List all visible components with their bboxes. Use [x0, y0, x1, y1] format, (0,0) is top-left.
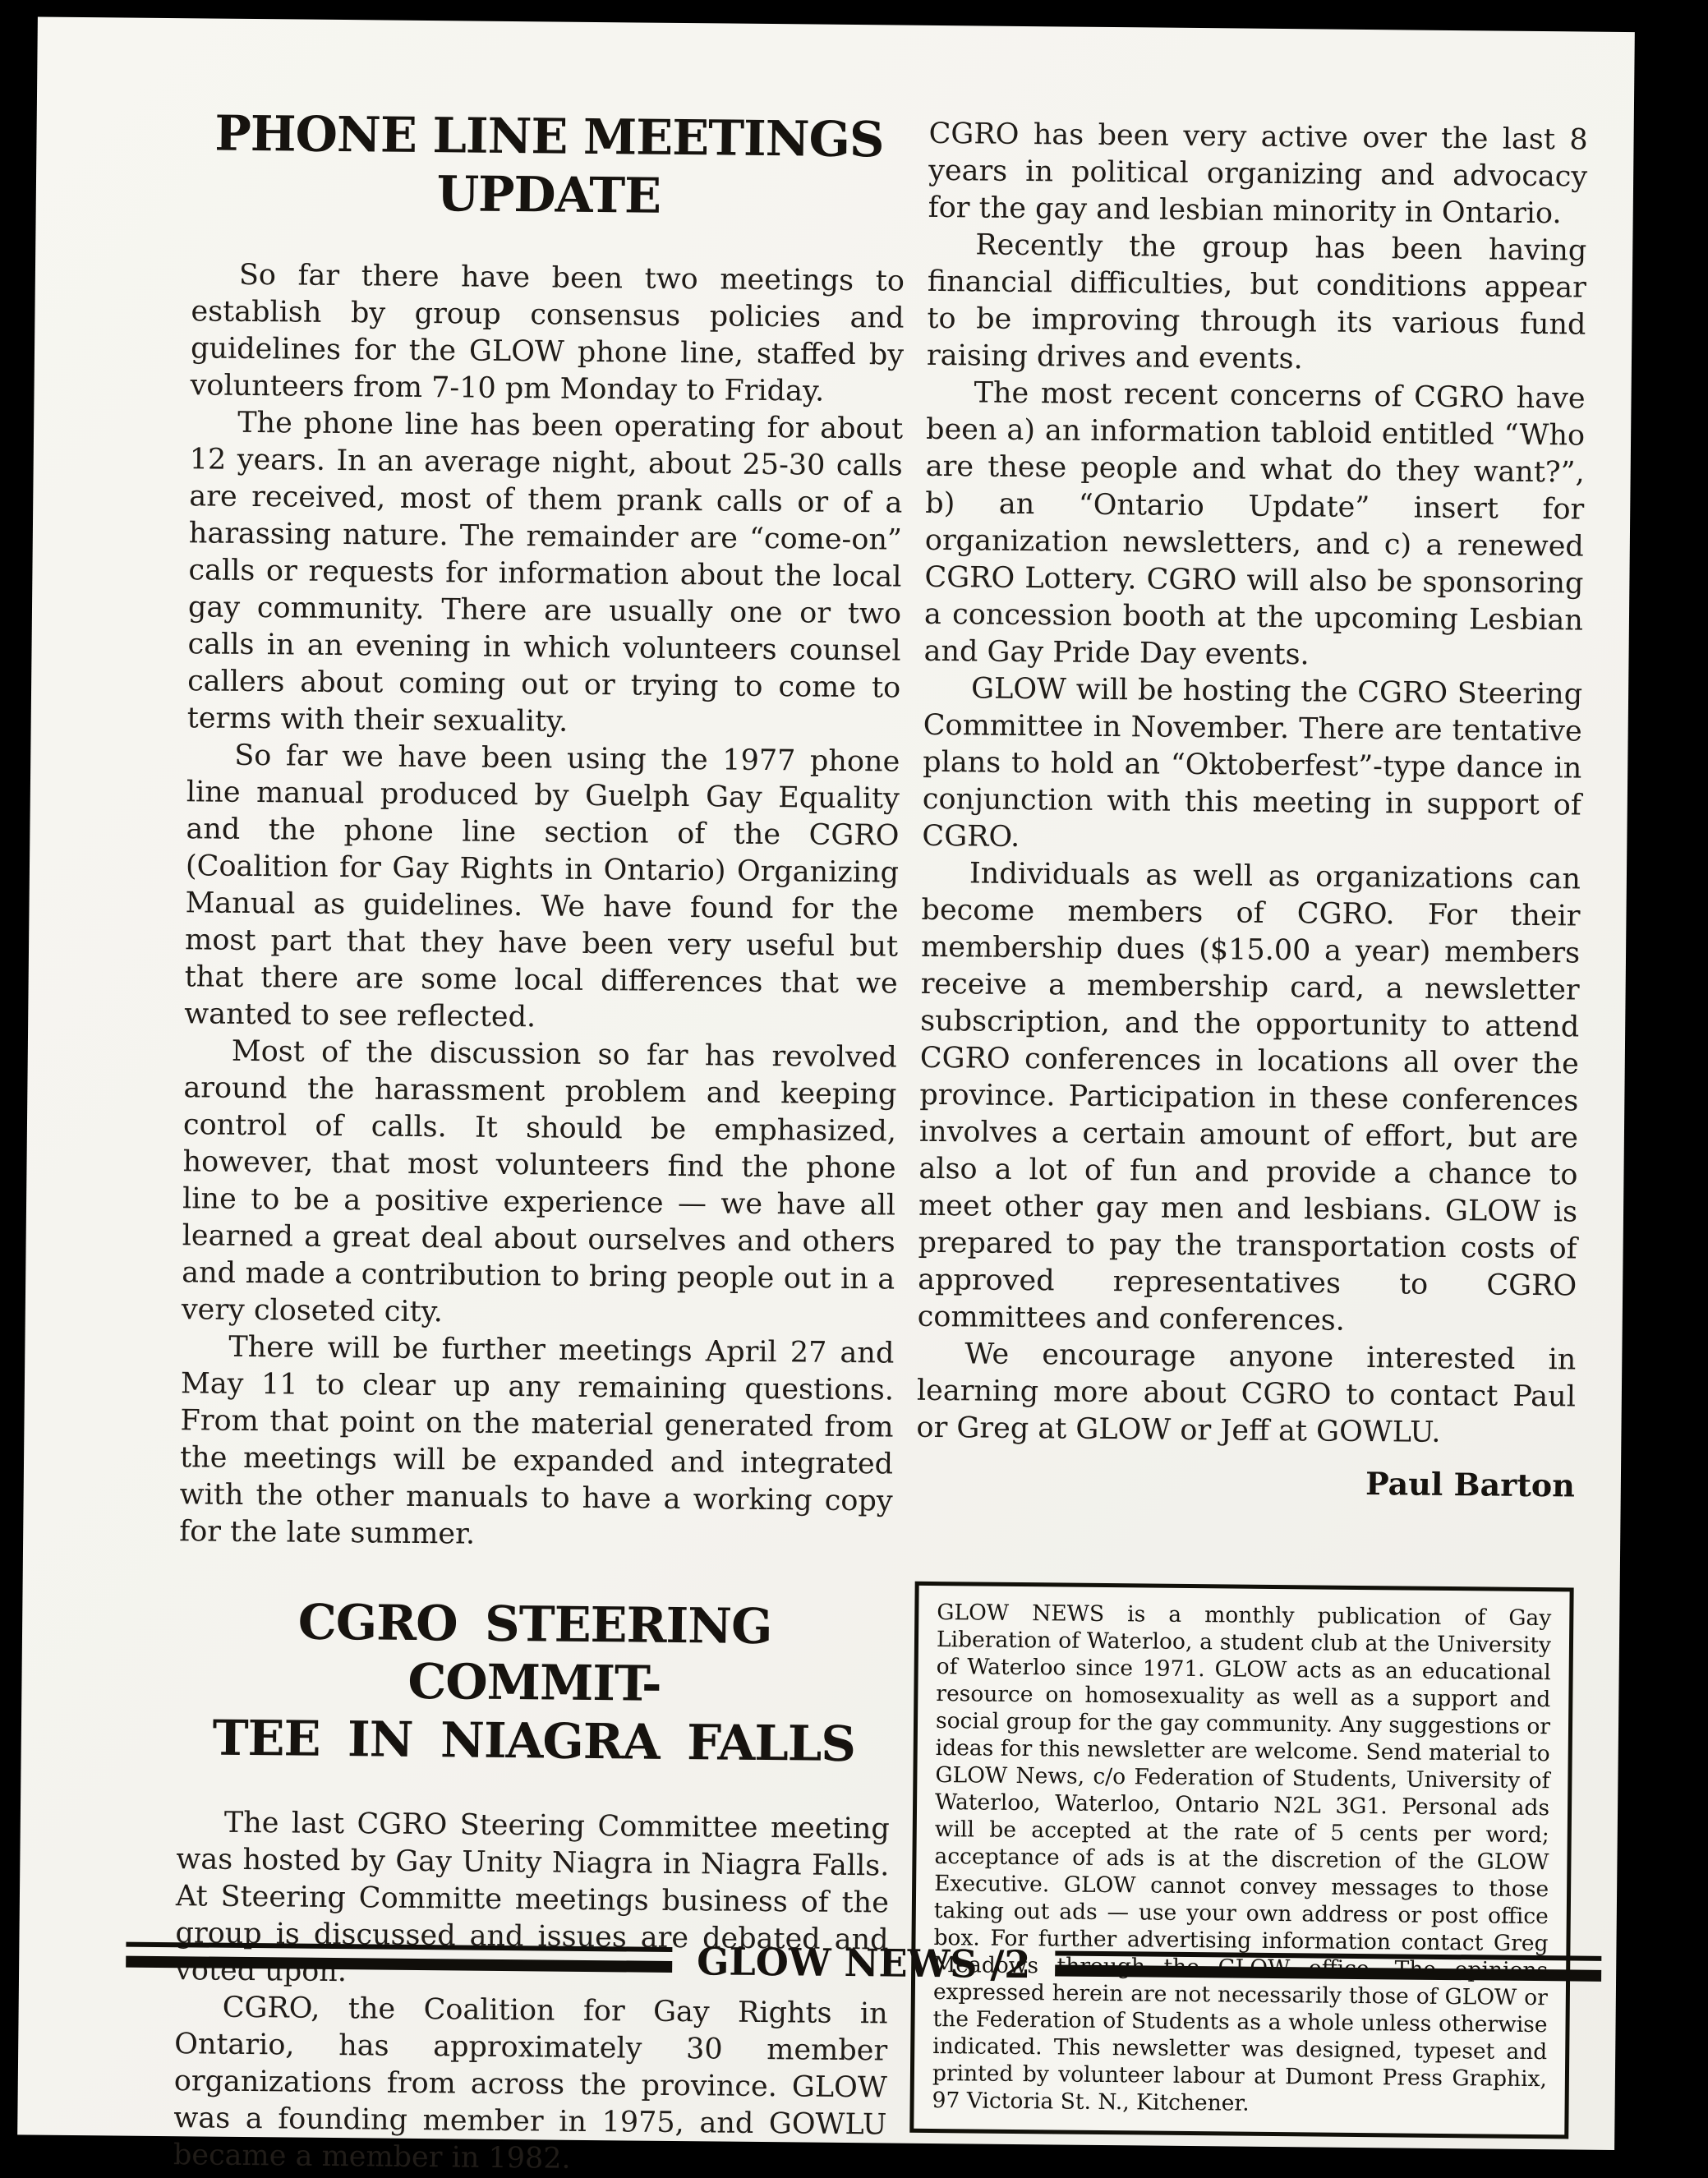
footer-rule-thick: [1055, 1964, 1601, 1981]
footer-rule-thick: [126, 1955, 672, 1972]
footer-rule-right: [1055, 1950, 1601, 1981]
title-line: UPDATE: [192, 162, 906, 227]
right-column: CGRO has been very active over the last …: [909, 116, 1588, 2139]
paragraph: The phone line has been operating for ab…: [187, 404, 904, 744]
paragraph: CGRO, the Coalition for Gay Rights in On…: [173, 1989, 888, 2178]
paragraph: CGRO has been very active over the last …: [928, 116, 1588, 233]
paragraph: Most of the discussion so far has revolv…: [182, 1033, 897, 1335]
footer-page-label: GLOW NEWS /2: [672, 1939, 1056, 1987]
title-line: CGRO STEERING COMMIT-: [177, 1591, 891, 1715]
paragraph: So far we have been using the 1977 phone…: [184, 737, 900, 1039]
paragraph: There will be further meetings April 27 …: [179, 1328, 895, 1557]
title-line: TEE IN NIAGRA FALLS: [177, 1708, 891, 1773]
paragraph: Individuals as well as organizations can…: [918, 855, 1581, 1342]
masthead-box: GLOW NEWS is a monthly publication of Ga…: [909, 1582, 1573, 2139]
paragraph: GLOW will be hosting the CGRO Steering C…: [922, 670, 1582, 862]
article-title-phone-line: PHONE LINE MEETINGS UPDATE: [192, 104, 906, 227]
footer-rule-thin: [126, 1941, 672, 1951]
paragraph: So far there have been two meetings to e…: [190, 256, 905, 411]
article-title-cgro-steering: CGRO STEERING COMMIT- TEE IN NIAGRA FALL…: [177, 1591, 891, 1773]
masthead-text: GLOW NEWS is a monthly publication of Ga…: [932, 1599, 1551, 2120]
footer-rule-thin: [1055, 1950, 1601, 1960]
footer-rule-left: [126, 1941, 672, 1972]
paragraph: Recently the group has been having finan…: [927, 227, 1587, 381]
paragraph: The most recent concerns of CGRO have be…: [923, 375, 1585, 677]
newsletter-page: PHONE LINE MEETINGS UPDATE So far there …: [17, 16, 1635, 2150]
paragraph: We encourage anyone interested in learni…: [916, 1336, 1576, 1453]
title-line: PHONE LINE MEETINGS: [192, 104, 906, 168]
byline-paul-barton: Paul Barton: [916, 1460, 1575, 1506]
left-column: PHONE LINE MEETINGS UPDATE So far there …: [173, 104, 906, 2178]
